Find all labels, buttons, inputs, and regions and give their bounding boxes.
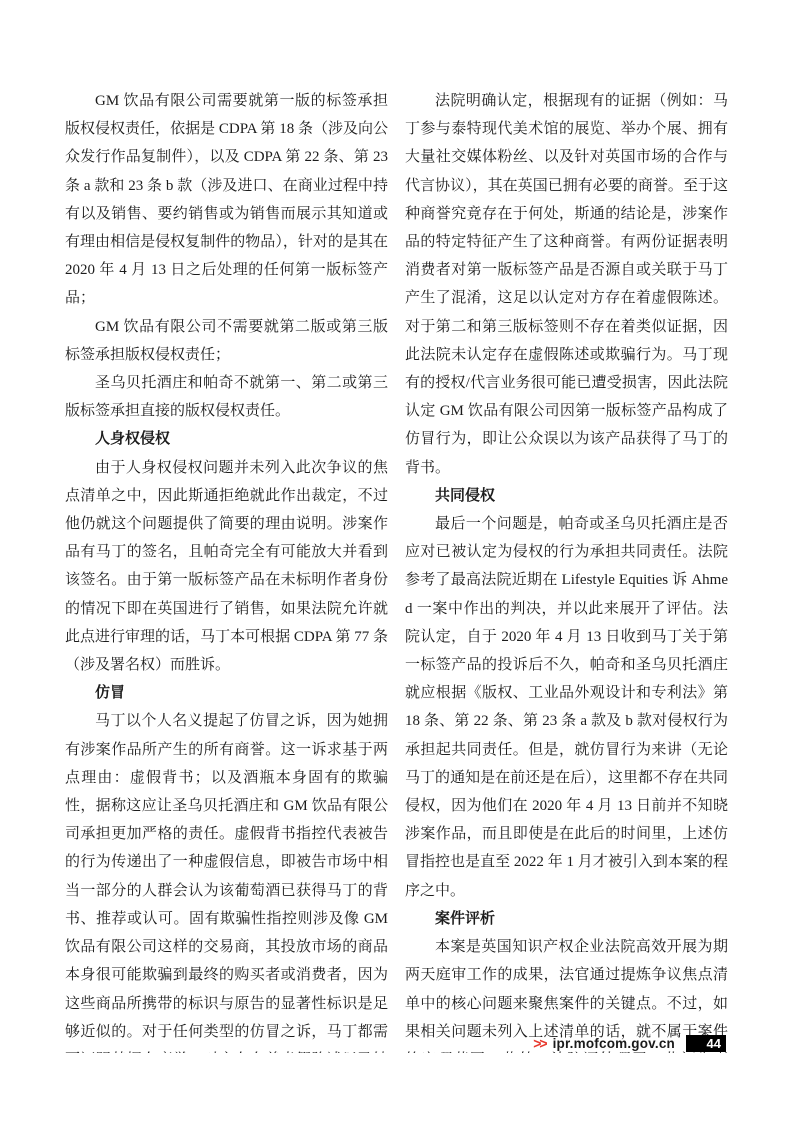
page-footer: >> ipr.mofcom.gov.cn 44 <box>405 1033 726 1053</box>
page-number-badge: 44 <box>686 1035 726 1052</box>
section-heading: 人身权侵权 <box>65 425 388 453</box>
footer-site-url: ipr.mofcom.gov.cn <box>553 1036 675 1051</box>
left-column: GM 饮品有限公司需要就第一版的标签承担版权侵权责任，依据是 CDPA 第 18… <box>65 87 388 1053</box>
paragraph: 最后一个问题是，帕奇或圣乌贝托酒庄是否应对已被认定为侵权的行为承担共同责任。法院… <box>405 510 728 905</box>
right-column: 法院明确认定，根据现有的证据（例如：马丁参与泰特现代美术馆的展览、举办个展、拥有… <box>405 87 728 1053</box>
paragraph: 马丁以个人名义提起了仿冒之诉，因为她拥有涉案作品所产生的所有商誉。这一诉求基于两… <box>65 707 388 1053</box>
section-heading: 共同侵权 <box>405 482 728 510</box>
paragraph: GM 饮品有限公司不需要就第二版或第三版标签承担版权侵权责任； <box>65 313 388 369</box>
paragraph: 由于人身权侵权问题并未列入此次争议的焦点清单之中，因此斯通拒绝就此作出裁定，不过… <box>65 454 388 680</box>
section-heading: 案件评析 <box>405 905 728 933</box>
paragraph: 圣乌贝托酒庄和帕奇不就第一、第二或第三版标签承担直接的版权侵权责任。 <box>65 369 388 425</box>
paragraph: GM 饮品有限公司需要就第一版的标签承担版权侵权责任，依据是 CDPA 第 18… <box>65 87 388 313</box>
document-page: GM 饮品有限公司需要就第一版的标签承担版权侵权责任，依据是 CDPA 第 18… <box>0 0 794 1123</box>
paragraph: 法院明确认定，根据现有的证据（例如：马丁参与泰特现代美术馆的展览、举办个展、拥有… <box>405 87 728 482</box>
section-heading: 仿冒 <box>65 679 388 707</box>
double-chevron-icon: >> <box>533 1036 545 1051</box>
